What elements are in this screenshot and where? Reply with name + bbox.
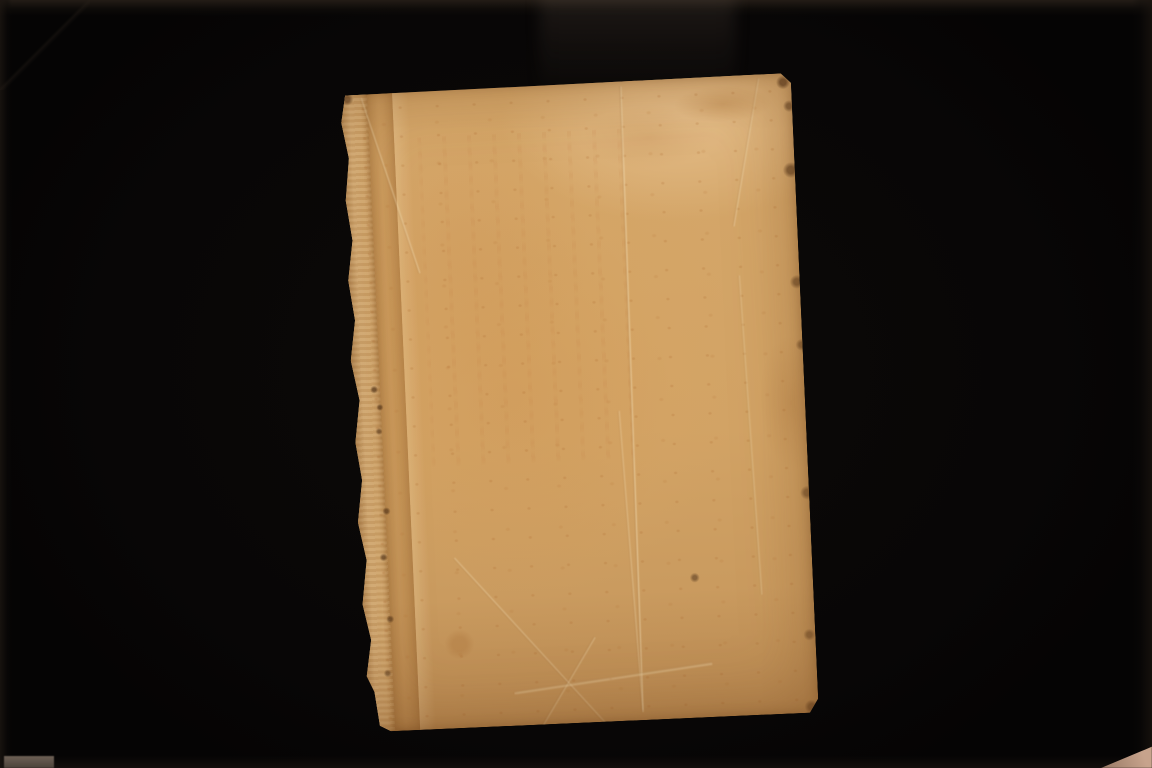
spine-fold-highlight bbox=[392, 90, 436, 730]
vignette-overlay bbox=[337, 73, 819, 732]
bottom-crease-2 bbox=[530, 636, 596, 745]
frame-corner-mitre bbox=[0, 0, 90, 90]
paper-mottling-texture bbox=[337, 73, 819, 732]
spine-fold-band bbox=[367, 91, 420, 731]
frame-edge-left bbox=[0, 0, 12, 768]
bottom-crease-1 bbox=[453, 557, 607, 725]
bottom-crease-3 bbox=[514, 662, 712, 696]
book-cover bbox=[337, 73, 819, 732]
frame-edge-top bbox=[0, 0, 1152, 16]
top-left-crease bbox=[359, 97, 421, 273]
bleed-through-text bbox=[417, 128, 636, 467]
frame-edge-right bbox=[1132, 0, 1152, 768]
bottom-left-object bbox=[4, 756, 54, 768]
top-right-crease bbox=[732, 78, 760, 226]
photograph-of-book bbox=[0, 0, 1152, 768]
center-crease-secondary bbox=[617, 411, 644, 710]
stains-and-wormholes-overlay bbox=[337, 73, 819, 732]
frame-edge-bottom bbox=[0, 756, 1152, 768]
bottom-right-object bbox=[1094, 742, 1152, 768]
fore-edge-crease bbox=[737, 275, 762, 594]
ragged-page-edges bbox=[337, 92, 395, 733]
center-crease bbox=[619, 86, 644, 712]
